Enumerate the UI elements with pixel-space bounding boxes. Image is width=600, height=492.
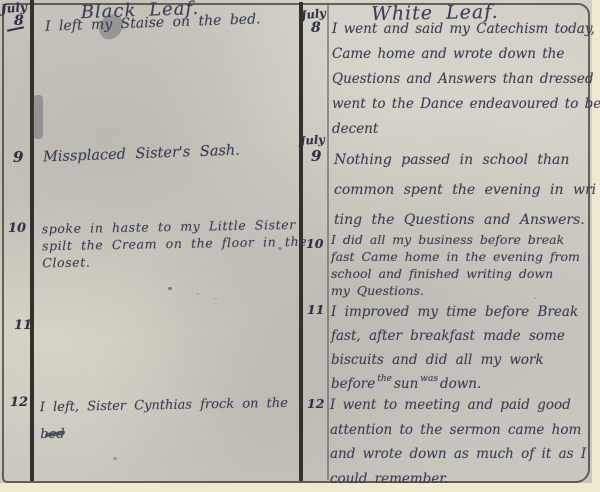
- entry-line: decent: [332, 117, 600, 142]
- diary-entry-right-july8: I went and said my Catechism today, Came…: [332, 17, 600, 142]
- entry-line: went to the Dance endeavoured to behave: [332, 92, 600, 117]
- entry-line: school and finished writing down: [331, 265, 580, 282]
- entry-line: my Questions.: [331, 282, 580, 299]
- entry-line: biscuits and did all my work: [331, 348, 578, 372]
- ink-blot: [33, 95, 43, 139]
- entry-line: and wrote down as much of it as I: [330, 442, 586, 467]
- entry-line: bed: [40, 417, 289, 448]
- entry-line: could remember.: [330, 467, 586, 492]
- date-day-left-9: 9: [13, 148, 23, 166]
- diary-entry-left-10: spoke in haste to my Little Sister spilt…: [42, 216, 308, 272]
- entry-line: fast Came home in the evening from: [331, 248, 580, 265]
- diary-entry-right-12: I went to meeting and paid good attentio…: [330, 393, 586, 491]
- date-day-left-10: 10: [8, 221, 26, 236]
- entry-line: common spent the evening in wri: [334, 175, 596, 205]
- entry-line: I did all my business before break: [331, 231, 580, 248]
- diary-entry-right-11: I improved my time before Break fast, af…: [331, 300, 578, 398]
- date-day-right-12: 12: [307, 396, 324, 411]
- date-day-left-12: 12: [10, 395, 28, 410]
- entry-line-segment: before: [331, 376, 375, 392]
- date-day-right-9: 9: [311, 147, 321, 165]
- date-day-left-11: 11: [14, 318, 32, 333]
- scanned-diary-page: Black Leaf. July 8 9 10 11 12 I left my …: [0, 0, 600, 492]
- inserted-word: the: [377, 374, 392, 384]
- entry-line-segment: sun: [394, 376, 418, 392]
- diary-entry-right-10: I did all my business before break fast …: [331, 231, 580, 299]
- entry-line: I went and said my Catechism today,: [332, 17, 600, 42]
- foxing-specks: [168, 287, 172, 290]
- entry-line: I improved my time before Break: [331, 300, 578, 324]
- left-margin-rule: [30, 0, 34, 481]
- diary-entry-left-12: I left, Sister Cynthias frock on the bed: [40, 390, 289, 448]
- center-thin-rule: [327, 3, 329, 480]
- diary-entry-right-july9: Nothing passed in school than common spe…: [334, 145, 596, 235]
- entry-line: fast, after breakfast made some: [331, 324, 578, 348]
- date-day-right-11: 11: [307, 302, 324, 317]
- entry-line: I went to meeting and paid good: [330, 393, 586, 418]
- entry-line-segment: down.: [440, 376, 481, 392]
- date-month-right-9: July: [300, 132, 326, 148]
- entry-line: Nothing passed in school than: [334, 145, 596, 175]
- entry-line: attention to the sermon came hom: [330, 418, 586, 443]
- entry-line: I left, Sister Cynthias frock on the: [40, 390, 289, 421]
- date-day-right-10: 10: [306, 236, 323, 251]
- entry-line: Came home and wrote down the: [332, 42, 600, 67]
- entry-line: Questions and Answers than dressed and: [332, 67, 600, 92]
- inserted-word: was: [420, 374, 438, 384]
- date-day-right-8: 8: [311, 20, 321, 36]
